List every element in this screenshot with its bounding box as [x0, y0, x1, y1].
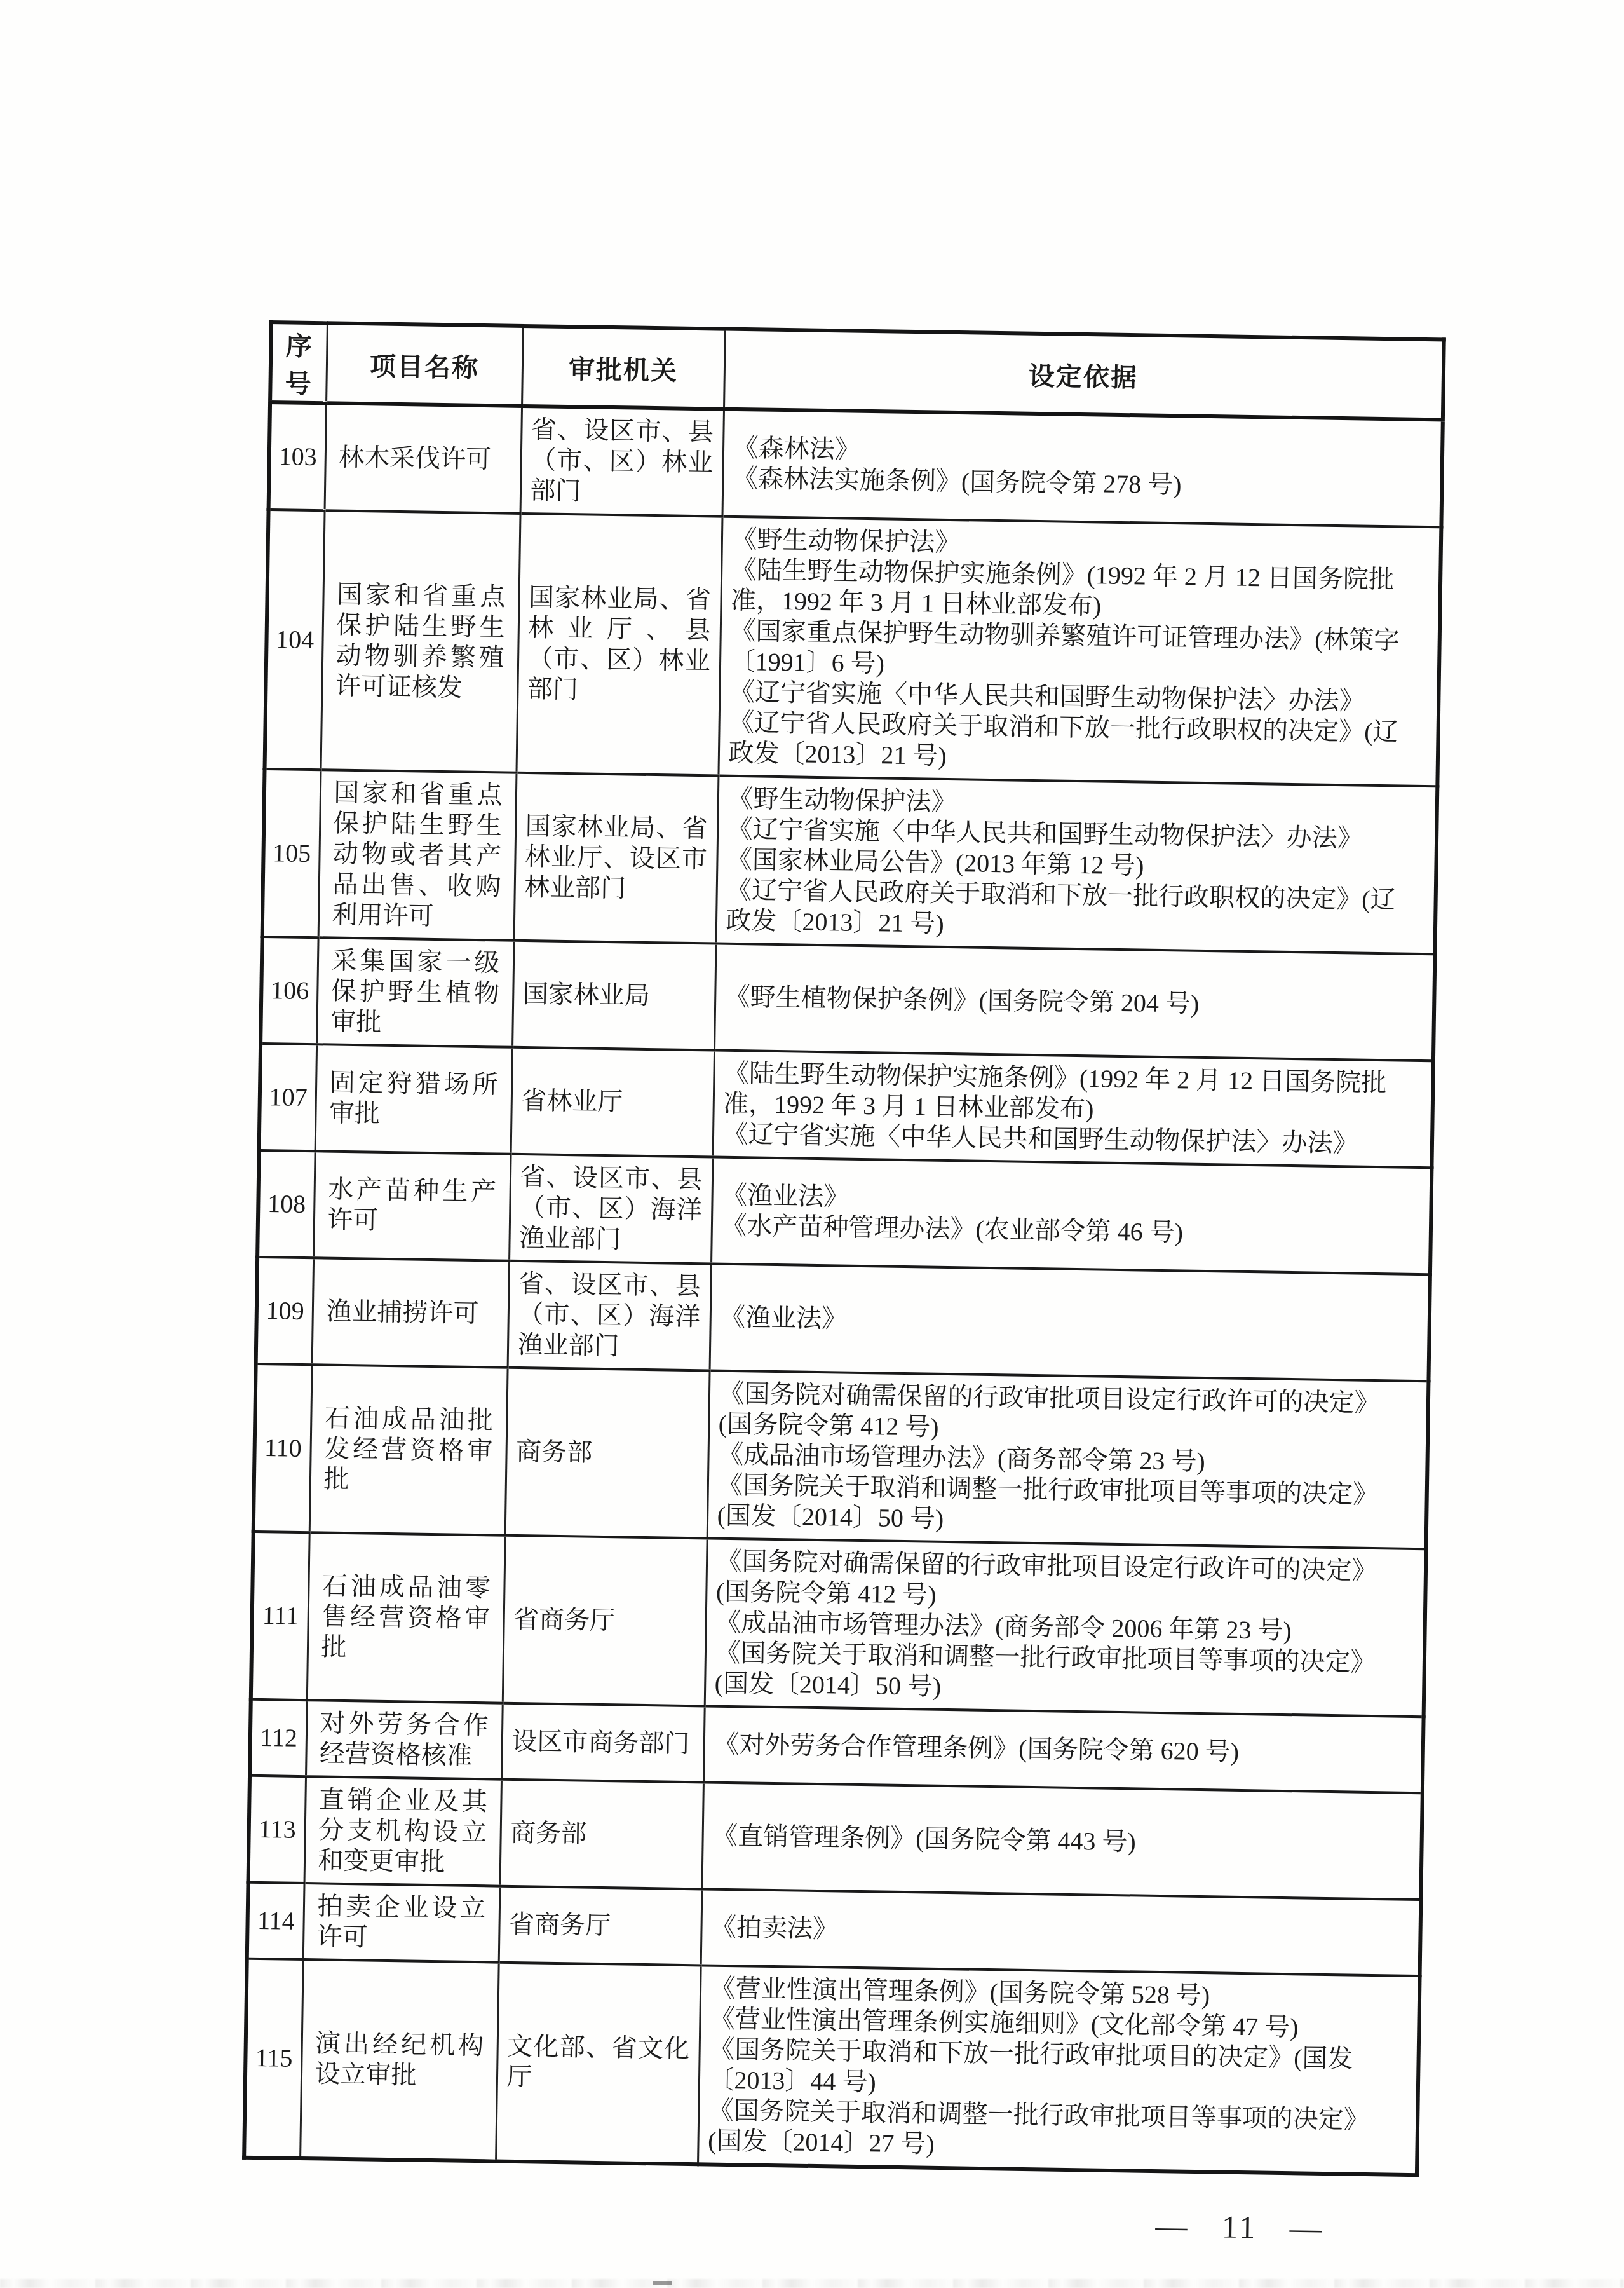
cell-authority: 设区市商务部门 — [501, 1703, 705, 1783]
col-header-authority: 审批机关 — [522, 326, 725, 409]
cell-authority: 省商务厅 — [499, 1886, 702, 1966]
cell-no: 111 — [251, 1532, 309, 1700]
cell-name: 石油成品油零售经营资格审批 — [307, 1532, 505, 1703]
cell-authority: 国家林业局、省林业厅、设区市林业部门 — [514, 773, 719, 944]
cell-name: 林木采伐许可 — [325, 403, 522, 514]
cell-name: 采集国家一级保护野生植物审批 — [316, 937, 513, 1047]
approval-items-table: 序号 项目名称 审批机关 设定依据 103 林木采伐许可 省、设区市、县（市、区… — [242, 320, 1446, 2177]
col-header-basis: 设定依据 — [724, 329, 1444, 420]
cell-authority: 省商务厅 — [503, 1536, 707, 1706]
cell-name: 演出经纪机构设立审批 — [300, 1959, 499, 2162]
table-body: 103 林木采伐许可 省、设区市、县（市、区）林业部门 《森林法》《森林法实施条… — [244, 402, 1443, 2175]
cell-authority: 省、设区市、县（市、区）海洋渔业部门 — [508, 1261, 711, 1371]
cell-basis: 《营业性演出管理条例》(国务院令第 528 号)《营业性演出管理条例实施细则》(… — [698, 1965, 1420, 2175]
basis-item: 《渔业法》 — [720, 1302, 1414, 1343]
cell-authority: 省、设区市、县（市、区）海洋渔业部门 — [509, 1154, 712, 1264]
cell-name: 国家和省重点保护陆生野生动物或者其产品出售、收购利用许可 — [318, 770, 517, 941]
table-row: 109 渔业捕捞许可 省、设区市、县（市、区）海洋渔业部门 《渔业法》 — [256, 1257, 1430, 1381]
basis-item: 《辽宁省人民政府关于取消和下放一批行政职权的决定》(辽政发〔2013〕21 号) — [726, 875, 1420, 946]
basis-item: 《国务院关于取消和下放一批行政审批项目的决定》(国发〔2013〕44 号) — [708, 2034, 1403, 2106]
scan-edge-tick — [653, 2281, 672, 2285]
basis-item: 《对外劳务合作管理条例》(国务院令第 620 号) — [714, 1729, 1407, 1770]
cell-no: 112 — [250, 1699, 307, 1776]
table-row: 113 直销企业及其分支机构设立和变更审批 商务部 《直销管理条例》(国务院令第… — [248, 1776, 1423, 1900]
basis-item: 《国务院关于取消和调整一批行政审批项目等事项的决定》(国发〔2014〕27 号) — [708, 2095, 1402, 2167]
cell-no: 107 — [259, 1044, 316, 1151]
cell-basis: 《野生动物保护法》《辽宁省实施〈中华人民共和国野生动物保护法〉办法》《国家林业局… — [716, 776, 1438, 955]
cell-basis: 《国务院对确需保留的行政审批项目设定行政许可的决定》(国务院令第 412 号)《… — [707, 1370, 1429, 1549]
basis-item: 《国家重点保护野生动物驯养繁殖许可证管理办法》(林策字〔1991〕6 号) — [729, 616, 1424, 687]
col-header-name: 项目名称 — [326, 323, 523, 406]
cell-basis: 《野生植物保护条例》(国务院令第 204 号) — [714, 944, 1435, 1061]
cell-authority: 国家林业局 — [512, 941, 715, 1051]
cell-no: 110 — [254, 1364, 312, 1532]
cell-name: 直销企业及其分支机构设立和变更审批 — [304, 1776, 501, 1886]
basis-item: 《辽宁省人民政府关于取消和下放一批行政职权的决定》(辽政发〔2013〕21 号) — [728, 707, 1423, 779]
table-row: 111 石油成品油零售经营资格审批 省商务厅 《国务院对确需保留的行政审批项目设… — [251, 1532, 1426, 1717]
cell-authority: 省林业厅 — [511, 1047, 714, 1157]
basis-item: 《国务院关于取消和调整一批行政审批项目等事项的决定》(国发〔2014〕50 号) — [714, 1638, 1409, 1709]
cell-basis: 《陆生野生动物保护实施条例》(1992 年 2 月 12 日国务院批准，1992… — [713, 1051, 1433, 1168]
cell-name: 渔业捕捞许可 — [312, 1258, 509, 1368]
cell-basis: 《直销管理条例》(国务院令第 443 号) — [701, 1782, 1422, 1900]
cell-authority: 国家林业局、省林业厅、县（市、区）林业部门 — [516, 514, 722, 776]
basis-item: 《国务院关于取消和调整一批行政审批项目等事项的决定》(国发〔2014〕50 号) — [717, 1470, 1411, 1541]
cell-no: 104 — [265, 510, 325, 770]
cell-no: 109 — [256, 1257, 313, 1365]
cell-name: 对外劳务合作经营资格核准 — [306, 1700, 503, 1780]
cell-name: 国家和省重点保护陆生野生动物驯养繁殖许可证核发 — [321, 510, 520, 773]
cell-no: 114 — [247, 1883, 304, 1959]
cell-name: 固定狩猎场所审批 — [315, 1044, 512, 1154]
cell-no: 108 — [257, 1150, 315, 1258]
cell-basis: 《对外劳务合作管理条例》(国务院令第 620 号) — [703, 1706, 1424, 1793]
page-number: — 11 — — [241, 2194, 1418, 2248]
basis-item: 《野生植物保护条例》(国务院令第 204 号) — [724, 982, 1418, 1023]
scan-edge-artifact — [0, 2279, 1624, 2288]
basis-item: 《拍卖法》 — [711, 1912, 1405, 1953]
cell-basis: 《拍卖法》 — [701, 1889, 1421, 1976]
cell-no: 106 — [261, 937, 318, 1044]
cell-basis: 《森林法》《森林法实施条例》(国务院令第 278 号) — [722, 409, 1443, 528]
table-row: 108 水产苗种生产许可 省、设区市、县（市、区）海洋渔业部门 《渔业法》《水产… — [257, 1150, 1431, 1274]
table-row: 104 国家和省重点保护陆生野生动物驯养繁殖许可证核发 国家林业局、省林业厅、县… — [265, 510, 1442, 786]
table-row: 115 演出经纪机构设立审批 文化部、省文化厅 《营业性演出管理条例》(国务院令… — [244, 1959, 1419, 2175]
cell-name: 拍卖企业设立许可 — [303, 1883, 500, 1963]
cell-no: 113 — [248, 1776, 306, 1883]
cell-basis: 《渔业法》《水产苗种管理办法》(农业部令第 46 号) — [711, 1157, 1431, 1274]
table-row: 106 采集国家一级保护野生植物审批 国家林业局 《野生植物保护条例》(国务院令… — [261, 937, 1435, 1061]
scanned-page: 序号 项目名称 审批机关 设定依据 103 林木采伐许可 省、设区市、县（市、区… — [0, 0, 1624, 2288]
cell-no: 105 — [262, 769, 321, 937]
cell-basis: 《野生动物保护法》《陆生野生动物保护实施条例》(1992 年 2 月 12 日国… — [718, 517, 1441, 787]
cell-authority: 商务部 — [499, 1780, 703, 1890]
cell-no: 103 — [269, 402, 326, 510]
cell-authority: 省、设区市、县（市、区）林业部门 — [520, 406, 724, 517]
sheet-skew-wrapper: 序号 项目名称 审批机关 设定依据 103 林木采伐许可 省、设区市、县（市、区… — [241, 320, 1445, 2248]
basis-item: 《陆生野生动物保护实施条例》(1992 年 2 月 12 日国务院批准，1992… — [731, 555, 1425, 626]
cell-authority: 商务部 — [505, 1368, 710, 1539]
cell-name: 水产苗种生产许可 — [313, 1151, 510, 1261]
table-row: 110 石油成品油批发经营资格审批 商务部 《国务院对确需保留的行政审批项目设定… — [254, 1364, 1429, 1549]
cell-no: 115 — [244, 1959, 303, 2158]
cell-name: 石油成品油批发经营资格审批 — [309, 1365, 508, 1536]
cell-basis: 《渔业法》 — [710, 1263, 1430, 1381]
basis-item: 《陆生野生动物保护实施条例》(1992 年 2 月 12 日国务院批准，1992… — [723, 1058, 1418, 1129]
table-row: 105 国家和省重点保护陆生野生动物或者其产品出售、收购利用许可 国家林业局、省… — [262, 769, 1438, 954]
basis-item: 《国务院对确需保留的行政审批项目设定行政许可的决定》(国务院令第 412 号) — [716, 1546, 1411, 1617]
basis-item: 《国务院对确需保留的行政审批项目设定行政许可的决定》(国务院令第 412 号) — [718, 1379, 1412, 1450]
table-row: 103 林木采伐许可 省、设区市、县（市、区）林业部门 《森林法》《森林法实施条… — [269, 402, 1443, 527]
cell-basis: 《国务院对确需保留的行政审批项目设定行政许可的决定》(国务院令第 412 号)《… — [705, 1538, 1426, 1717]
table-row: 107 固定狩猎场所审批 省林业厅 《陆生野生动物保护实施条例》(1992 年 … — [259, 1044, 1433, 1168]
basis-item: 《直销管理条例》(国务院令第 443 号) — [712, 1821, 1406, 1862]
col-header-no: 序号 — [270, 322, 327, 403]
cell-authority: 文化部、省文化厅 — [496, 1963, 701, 2165]
